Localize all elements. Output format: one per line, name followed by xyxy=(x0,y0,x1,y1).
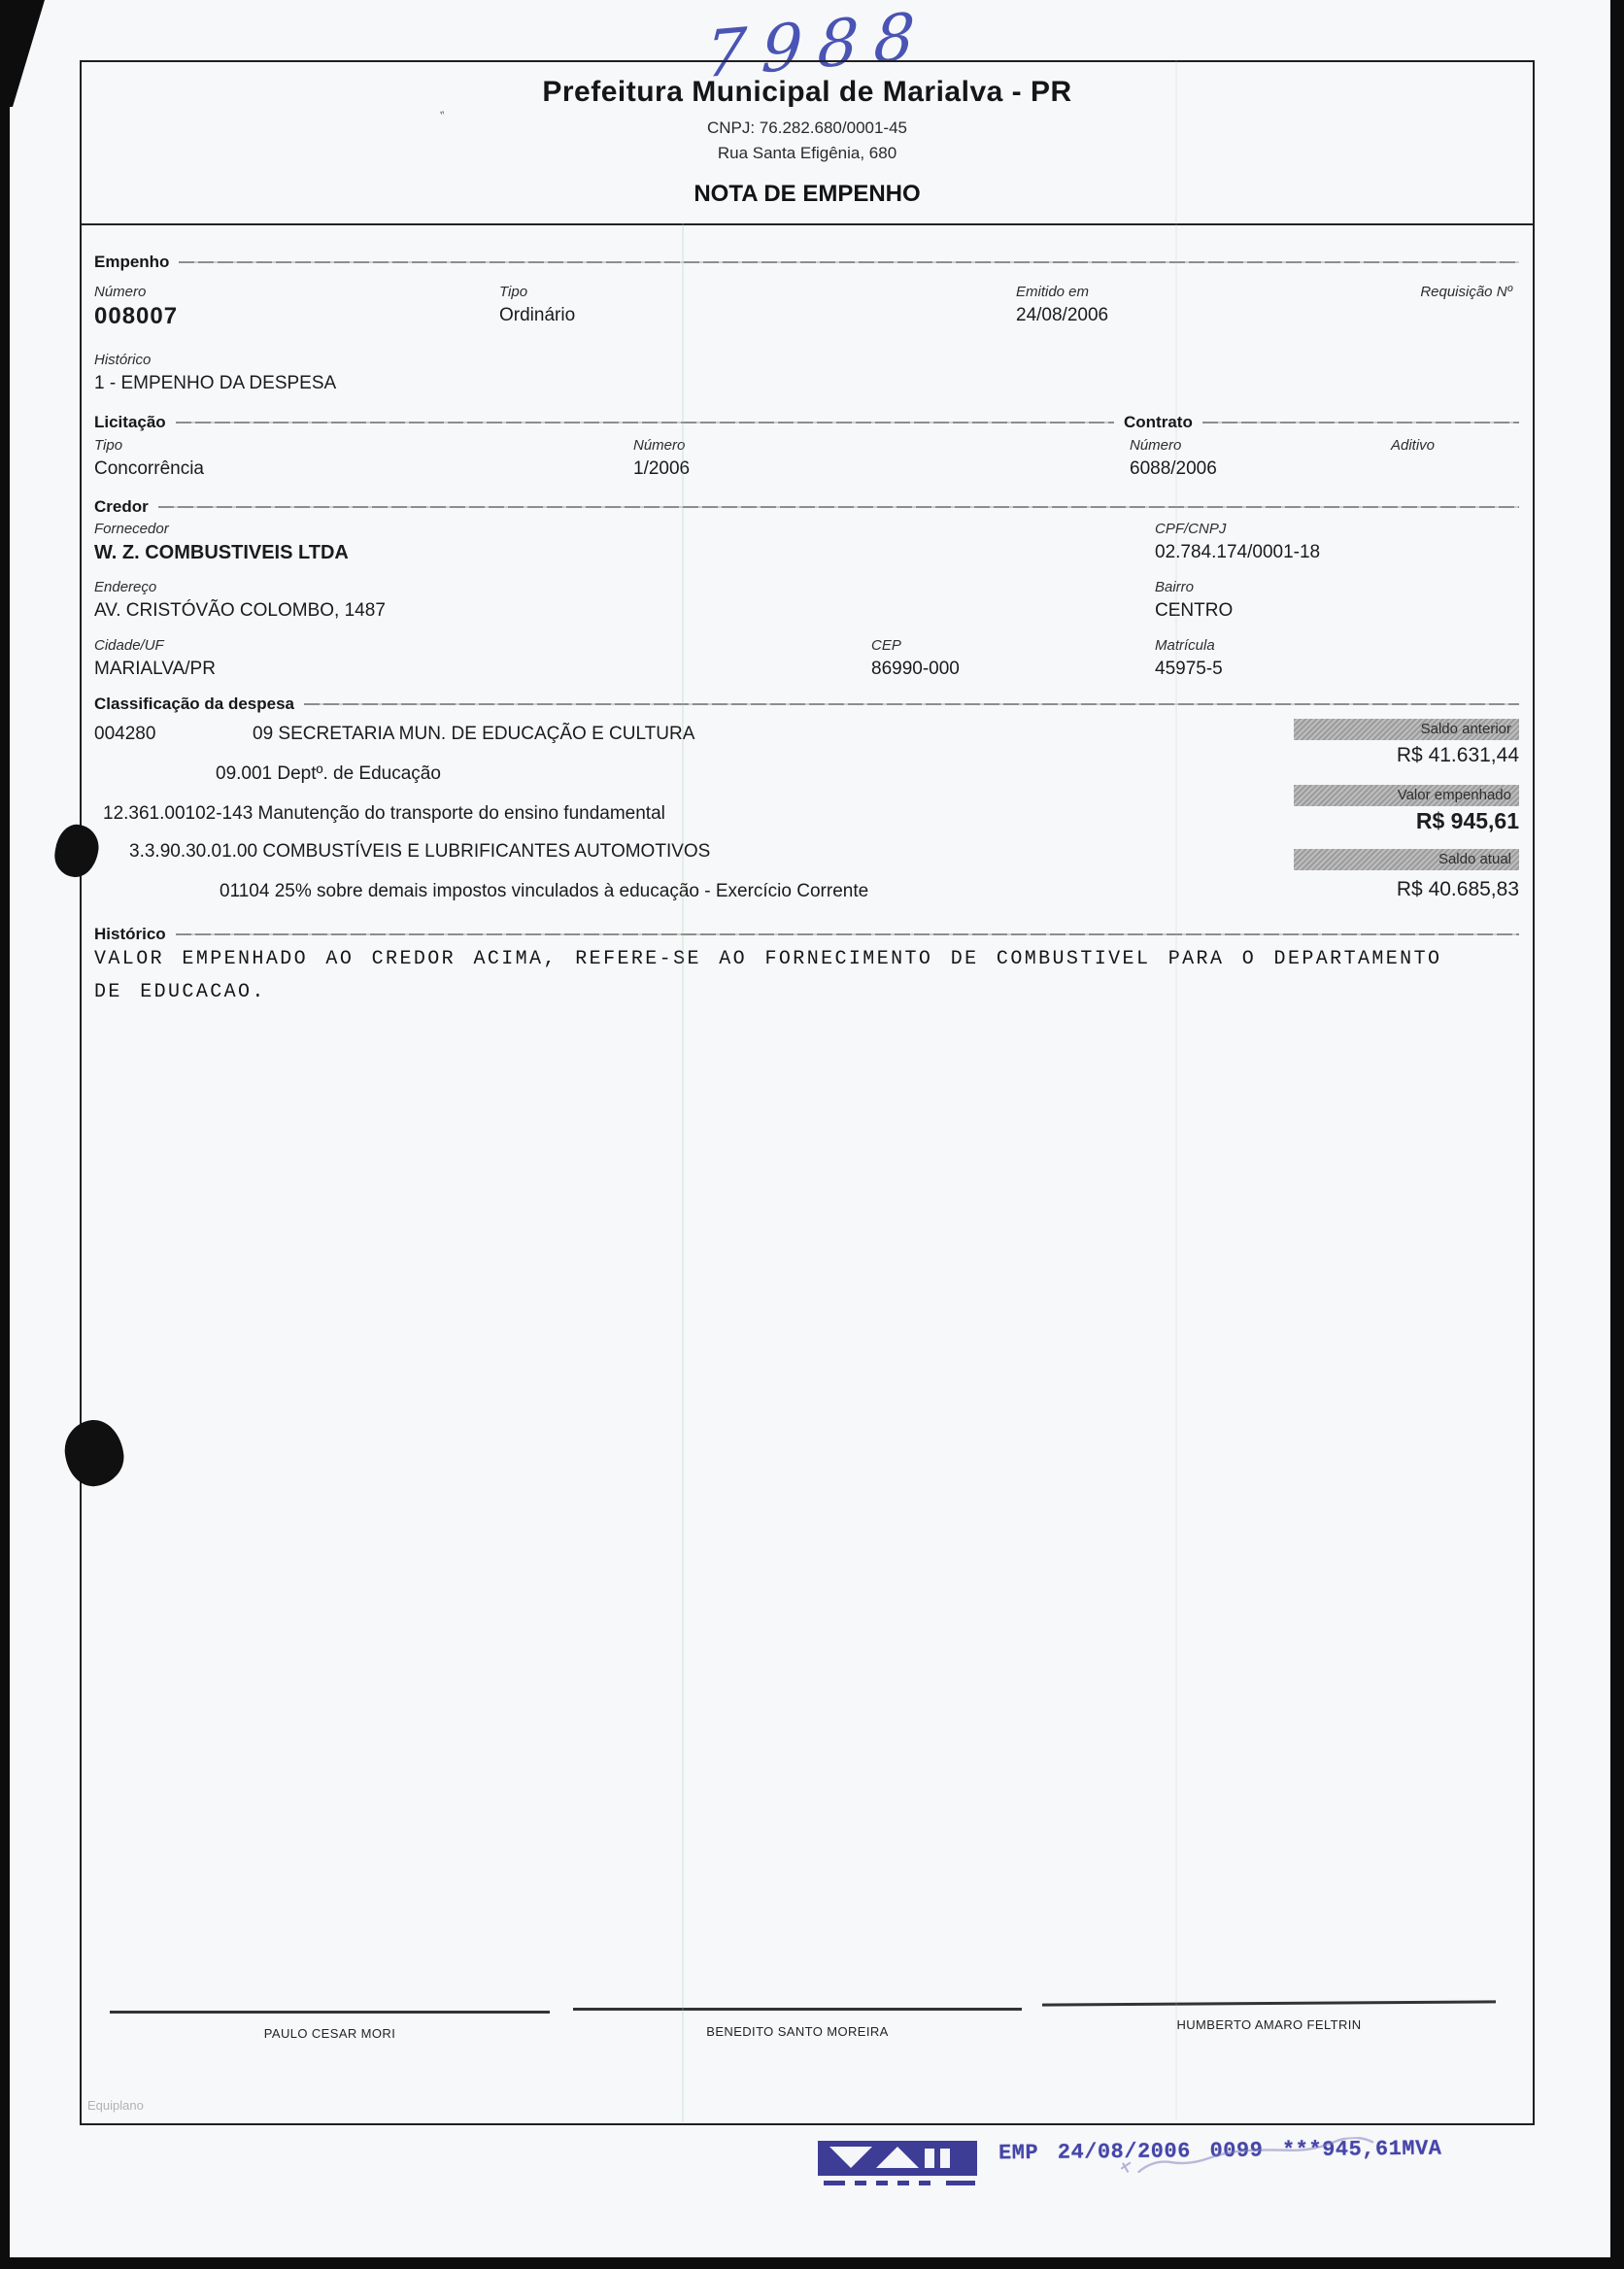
empenho-historico-label: Histórico xyxy=(94,352,151,368)
scan-edge-left xyxy=(0,0,10,2269)
empenho-historico-value: 1 - EMPENHO DA DESPESA xyxy=(94,373,336,394)
credor-cidade-value: MARIALVA/PR xyxy=(94,659,216,680)
signature-name: PAULO CESAR MORI xyxy=(110,2026,550,2041)
contrato-numero-value: 6088/2006 xyxy=(1130,458,1217,480)
historico-body-line1: VALOR EMPENHADO AO CREDOR ACIMA, REFERE-… xyxy=(94,948,1441,970)
signature-name: HUMBERTO AMARO FELTRIN xyxy=(1042,2017,1496,2032)
contrato-numero-label: Número xyxy=(1130,437,1181,454)
contrato-aditivo-label: Aditivo xyxy=(1391,437,1435,454)
section-empenho-label: Empenho xyxy=(94,253,169,272)
scan-edge-corner xyxy=(0,0,45,107)
section-rule xyxy=(1202,422,1519,423)
scan-edge-bottom xyxy=(0,2257,1624,2269)
credor-bairro-value: CENTRO xyxy=(1155,600,1233,622)
org-street: Rua Santa Efigênia, 680 xyxy=(82,144,1533,163)
section-historico: Histórico xyxy=(94,925,1519,944)
classificacao-row: 00428009 SECRETARIA MUN. DE EDUCAÇÃO E C… xyxy=(94,724,694,745)
section-contrato-label: Contrato xyxy=(1124,413,1193,432)
scan-edge-right xyxy=(1610,0,1624,2269)
empenho-numero-label: Número xyxy=(94,284,146,300)
org-name: Prefeitura Municipal de Marialva - PR xyxy=(82,76,1533,109)
credor-matricula-label: Matrícula xyxy=(1155,637,1215,654)
classificacao-row-text: 09 SECRETARIA MUN. DE EDUCAÇÃO E CULTURA xyxy=(253,724,694,744)
section-licitacao-label: Licitação xyxy=(94,413,166,432)
valor-empenhado-label: Valor empenhado xyxy=(1294,785,1519,806)
credor-cep-value: 86990-000 xyxy=(871,659,960,680)
section-contrato: Contrato xyxy=(1124,413,1519,432)
credor-cpfcnpj-value: 02.784.174/0001-18 xyxy=(1155,542,1320,563)
section-classificacao: Classificação da despesa xyxy=(94,694,1519,714)
classificacao-row-code: 004280 xyxy=(94,724,253,745)
saldo-atual-value: R$ 40.685,83 xyxy=(1286,878,1519,901)
saldo-atual-label: Saldo atual xyxy=(1294,849,1519,870)
section-rule xyxy=(176,933,1519,935)
credor-endereco-value: AV. CRISTÓVÃO COLOMBO, 1487 xyxy=(94,600,386,622)
signature-name: BENEDITO SANTO MOREIRA xyxy=(573,2024,1022,2039)
licitacao-tipo-value: Concorrência xyxy=(94,458,204,480)
section-rule xyxy=(158,506,1519,508)
licitacao-numero-value: 1/2006 xyxy=(633,458,690,480)
licitacao-tipo-label: Tipo xyxy=(94,437,122,454)
section-rule xyxy=(176,422,1114,423)
empenho-tipo-value: Ordinário xyxy=(499,305,575,326)
signature-line xyxy=(110,2011,550,2014)
credor-cpfcnpj-label: CPF/CNPJ xyxy=(1155,521,1226,537)
section-classificacao-label: Classificação da despesa xyxy=(94,694,294,714)
historico-body-line2: DE EDUCACAO. xyxy=(94,981,266,1003)
credor-endereco-label: Endereço xyxy=(94,579,156,595)
section-historico-label: Histórico xyxy=(94,925,166,944)
credor-bairro-label: Bairro xyxy=(1155,579,1194,595)
software-vendor-label: Equiplano xyxy=(87,2098,144,2113)
credor-fornecedor-value: W. Z. COMBUSTIVEIS LTDA xyxy=(94,542,349,564)
credor-cep-label: CEP xyxy=(871,637,901,654)
saldo-anterior-label: Saldo anterior xyxy=(1294,719,1519,740)
document-title: NOTA DE EMPENHO xyxy=(82,181,1533,208)
signature-line xyxy=(573,2008,1022,2011)
document-frame: Prefeitura Municipal de Marialva - PR CN… xyxy=(80,60,1535,2125)
empenho-emitido-label: Emitido em xyxy=(1016,284,1089,300)
section-licitacao: Licitação xyxy=(94,413,1114,432)
classificacao-row: 01104 25% sobre demais impostos vinculad… xyxy=(220,881,868,902)
credor-fornecedor-label: Fornecedor xyxy=(94,521,169,537)
section-rule xyxy=(304,703,1519,705)
empenho-tipo-label: Tipo xyxy=(499,284,527,300)
classificacao-row: 09.001 Deptº. de Educação xyxy=(216,763,441,785)
section-credor: Credor xyxy=(94,497,1519,517)
stamp-logo xyxy=(816,2137,983,2189)
header-divider xyxy=(81,223,1534,225)
credor-matricula-value: 45975-5 xyxy=(1155,659,1223,680)
classificacao-row: 12.361.00102-143 Manutenção do transport… xyxy=(103,803,665,825)
org-cnpj: CNPJ: 76.282.680/0001-45 xyxy=(82,119,1533,138)
valor-empenhado-value: R$ 945,61 xyxy=(1286,808,1519,834)
licitacao-numero-label: Número xyxy=(633,437,685,454)
empenho-emitido-value: 24/08/2006 xyxy=(1016,305,1108,326)
empenho-numero-value: 008007 xyxy=(94,303,178,330)
saldo-anterior-value: R$ 41.631,44 xyxy=(1286,744,1519,767)
signature-line xyxy=(1042,2000,1496,2006)
section-empenho: Empenho xyxy=(94,253,1519,272)
section-credor-label: Credor xyxy=(94,497,149,517)
credor-cidade-label: Cidade/UF xyxy=(94,637,164,654)
classificacao-row: 3.3.90.30.01.00 COMBUSTÍVEIS E LUBRIFICA… xyxy=(129,841,710,863)
empenho-requisicao-label: Requisição Nº xyxy=(1247,284,1512,300)
section-rule xyxy=(179,261,1519,263)
